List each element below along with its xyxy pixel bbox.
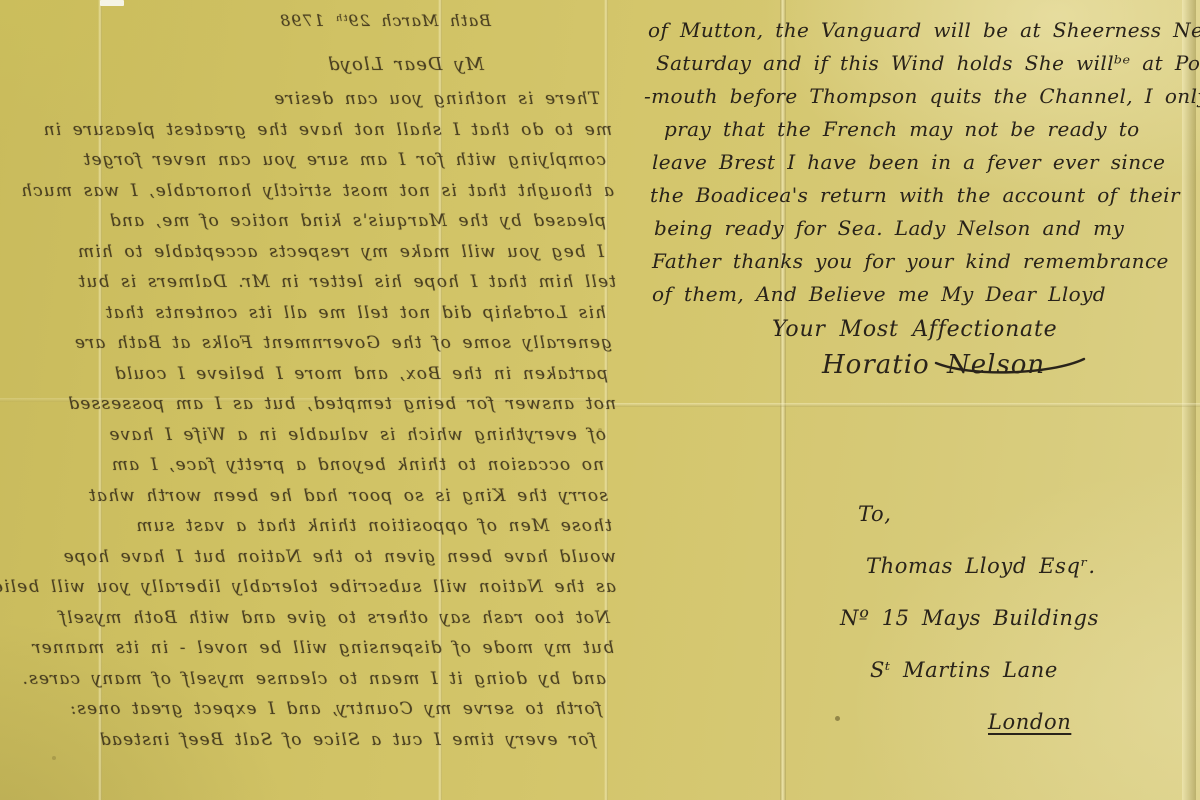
letter-line-mirrored: of everything which is valuable in a Wif…	[4, 420, 616, 451]
letter-line-mirrored: a thought that is not most strictly hono…	[4, 176, 616, 207]
letter-line: the Boadicea's return with the account o…	[644, 179, 1200, 212]
letter-line-mirrored: complying with for I am sure you can nev…	[4, 145, 616, 176]
letter-photo: Bath March 29ᵗʰ 1798My Dear LloydThere i…	[0, 0, 1200, 800]
letter-line-mirrored: Not too rash say others to give and with…	[4, 603, 616, 634]
valediction: Your Most Affectionate	[772, 317, 1200, 342]
letter-line: -mouth before Thompson quits the Channel…	[644, 80, 1200, 113]
letter-line-mirrored: My Dear Lloyd	[4, 50, 616, 84]
letter-line: Father thanks you for your kind remembra…	[644, 245, 1200, 278]
letter-line-mirrored: would have been given to the Nation but …	[4, 542, 616, 573]
letter-line-mirrored: for every time I cut a Slice of Salt Bee…	[4, 725, 616, 756]
letter-line-mirrored: forth to serve my Country, and I expect …	[4, 694, 616, 725]
letter-line-mirrored: those Men of opposition think that a vas…	[4, 511, 616, 542]
address-line: Thomas Lloyd Esqʳ.	[800, 540, 1200, 592]
letter-line-mirrored: partaken in the Box, and more I believe …	[4, 359, 616, 390]
letter-line-mirrored: not answer for being tempted, but as I a…	[4, 389, 616, 420]
signature-flourish-icon	[930, 357, 1090, 377]
letter-line: of Mutton, the Vanguard will be at Sheer…	[644, 14, 1200, 47]
address-line: London	[800, 696, 1200, 748]
letter-line: leave Brest I have been in a fever ever …	[644, 146, 1200, 179]
address-line: Nº 15 Mays Buildings	[800, 592, 1200, 644]
right-page-lines: of Mutton, the Vanguard will be at Sheer…	[644, 14, 1200, 311]
fold-crease-horizontal-right	[600, 403, 1200, 407]
letter-line: being ready for Sea. Lady Nelson and my	[644, 212, 1200, 245]
address-block: To,Thomas Lloyd Esqʳ.Nº 15 Mays Building…	[800, 488, 1200, 748]
letter-line-mirrored: I beg you will make my respects acceptab…	[4, 237, 616, 268]
address-line: To,	[800, 488, 1200, 540]
right-page: of Mutton, the Vanguard will be at Sheer…	[644, 14, 1200, 380]
letter-line-mirrored: his Lordship did not tell me all its con…	[4, 298, 616, 329]
left-page-mirrored-bleedthrough: Bath March 29ᵗʰ 1798My Dear LloydThere i…	[0, 0, 622, 800]
letter-line-mirrored: as the Nation will subscribe tolerably l…	[4, 572, 616, 603]
letter-line: pray that the French may not be ready to	[644, 113, 1200, 146]
letter-line: of them, And Believe me My Dear Lloyd	[644, 278, 1200, 311]
letter-line-mirrored: but my mode of dispensing will be novel …	[4, 633, 616, 664]
letter-line-mirrored: sorry the King is so poor had he been wo…	[4, 481, 616, 512]
letter-line-mirrored: There is nothing you can desire	[4, 84, 616, 115]
letter-line: Saturday and if this Wind holds She will…	[644, 47, 1200, 80]
address-line: Sᵗ Martins Lane	[800, 644, 1200, 696]
letter-line-mirrored: me to do that I shall not have the great…	[4, 115, 616, 146]
left-page-lines: Bath March 29ᵗʰ 1798My Dear LloydThere i…	[4, 6, 616, 755]
letter-line-mirrored: no occasion to think beyond a pretty fac…	[4, 450, 616, 481]
letter-line-mirrored: tell him that I hope his letter in Mr. D…	[4, 267, 616, 298]
letter-line-mirrored: and by doing it I mean to cleanse myself…	[4, 664, 616, 695]
letter-line-mirrored: pleased by the Marquis's kind notice of …	[4, 206, 616, 237]
letter-line-mirrored: generally some of the Government Folks a…	[4, 328, 616, 359]
letter-line-mirrored: Bath March 29ᵗʰ 1798	[4, 6, 616, 50]
signature-row: Horatio Nelson	[822, 350, 1200, 380]
